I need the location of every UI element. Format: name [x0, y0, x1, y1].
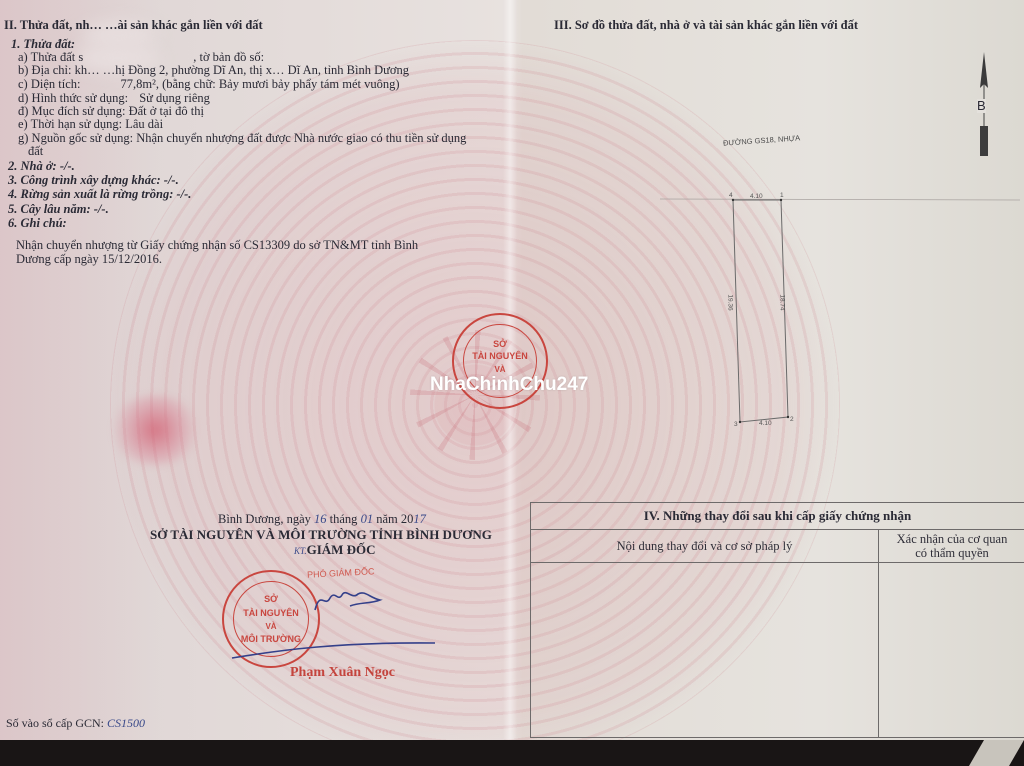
area-row: c) Diện tích:77,8m², (bằng chữ: Bảy mươi… [18, 77, 400, 91]
changes-col-content-header: Nội dung thay đổi và cơ sở pháp lý [531, 530, 879, 563]
perennial-item: 5. Cây lâu năm: -/-. [8, 202, 109, 216]
signature [220, 580, 440, 660]
origin-label: g) Nguồn gốc sử dụng: [18, 131, 133, 145]
note-line-1: Nhận chuyển nhượng từ Giấy chứng nhận số… [16, 238, 418, 252]
origin-value: Nhận chuyển nhượng đất được Nhà nước gia… [136, 131, 466, 145]
column-divider [878, 562, 879, 737]
registry-row: Số vào sổ cấp GCN: CS1500 [6, 716, 145, 730]
note-heading: 6. Ghi chú: [8, 216, 67, 230]
usage-term-value: Lâu dài [125, 117, 163, 131]
vertex-2-label: 2 [790, 416, 794, 423]
land-parcel-row: a) Thửa đất s, tờ bản đồ số: [18, 50, 264, 64]
section-iii-title: III. Sơ đồ thửa đất, nhà ở và tài sản kh… [554, 18, 858, 32]
origin-row: g) Nguồn gốc sử dụng: Nhận chuyển nhượng… [18, 131, 466, 145]
usage-form-row: d) Hình thức sử dụng: Sử dụng riêng [18, 91, 210, 105]
background-surface [0, 740, 1024, 766]
note-line-2: Dương cấp ngày 15/12/2016. [16, 252, 162, 266]
director-role: GIÁM ĐỐC [307, 542, 376, 557]
left-edge-length: 19.36 [727, 294, 734, 310]
vertex-4-label: 4 [729, 192, 733, 199]
address-label: b) Địa chỉ: [18, 63, 71, 77]
usage-purpose-label: đ) Mục đích sử dụng: [18, 104, 125, 118]
north-label: B [977, 99, 986, 113]
issuing-authority: SỞ TÀI NGUYÊN VÀ MÔI TRƯỜNG TỈNH BÌNH DƯ… [150, 528, 492, 542]
forest-item: 4. Rừng sản xuất là rừng trồng: -/-. [8, 187, 191, 201]
registry-label: Số vào sổ cấp GCN: [6, 716, 104, 730]
section-ii-title: II. Thửa đất, nh… …ài sản khác gắn liền … [4, 18, 263, 32]
usage-term-label: e) Thời hạn sử dụng: [18, 117, 122, 131]
usage-form-label: d) Hình thức sử dụng: [18, 91, 128, 105]
changes-col-confirmation-header: Xác nhận của cơ quan có thẩm quyền [879, 530, 1024, 563]
changes-table-title: IV. Những thay đổi sau khi cấp giấy chứn… [531, 503, 1024, 530]
usage-term-row: e) Thời hạn sử dụng: Lâu dài [18, 117, 163, 131]
signer-name: Phạm Xuân Ngọc [290, 665, 395, 681]
stamp-line-3: VÀ [454, 365, 546, 374]
stamp-line-1: SỞ [454, 339, 546, 349]
registry-value: CS1500 [107, 716, 145, 730]
bottom-edge-length: 4.10 [759, 420, 772, 427]
vertex-3-label: 3 [734, 421, 738, 428]
origin-value-cont: đất [28, 144, 43, 158]
director-title: KT.GIÁM ĐỐC [294, 543, 376, 558]
date-year-label: năm 20 [376, 512, 413, 526]
address-row: b) Địa chỉ: kh… …hị Đồng 2, phường Dĩ An… [18, 63, 409, 77]
usage-form-value: Sử dụng riêng [139, 91, 210, 105]
redaction-blot [110, 395, 200, 465]
confirmation-header-line-1: Xác nhận của cơ quan [897, 532, 1008, 546]
date-month: 01 [361, 512, 374, 526]
area-label: c) Diện tích: [18, 77, 80, 91]
map-sheet-label: , tờ bản đồ số: [193, 50, 264, 64]
kt-prefix: KT. [294, 546, 307, 556]
date-year: 17 [413, 512, 426, 526]
issue-date-line: Bình Dương, ngày 16 tháng 01 năm 2017 [218, 512, 426, 526]
usage-purpose-row: đ) Mục đích sử dụng: Đất ở tại đô thị [18, 104, 204, 118]
certificate-page: II. Thửa đất, nh… …ài sản khác gắn liền … [0, 0, 1024, 742]
right-edge-length: 18.74 [779, 294, 786, 310]
top-edge-length: 4.10 [750, 193, 763, 200]
land-plot-diagram [660, 180, 840, 440]
area-value: 77,8m², (bằng chữ: Bảy mươi bảy phẩy tám… [120, 77, 399, 91]
land-parcel-label: a) Thửa đất s [18, 50, 83, 64]
site-watermark: NhaChinhChu247 [430, 374, 588, 396]
land-heading: 1. Thửa đất: [11, 37, 75, 51]
date-day: 16 [314, 512, 327, 526]
date-month-label: tháng [330, 512, 358, 526]
stamp-line-2: TÀI NGUYÊN [454, 351, 546, 361]
other-construction-item: 3. Công trình xây dựng khác: -/-. [8, 173, 179, 187]
date-prefix: Bình Dương, ngày [218, 512, 311, 526]
confirmation-header-line-2: có thẩm quyền [897, 546, 1008, 560]
address-value: kh… …hị Đồng 2, phường Dĩ An, thị x… Dĩ … [75, 63, 409, 77]
road-label: ĐƯỜNG GS18, NHỰA [723, 133, 801, 147]
changes-table: IV. Những thay đổi sau khi cấp giấy chứn… [530, 502, 1024, 738]
usage-purpose-value: Đất ở tại đô thị [129, 104, 204, 118]
house-item: 2. Nhà ở: -/-. [8, 159, 75, 173]
vertex-1-label: 1 [780, 192, 784, 199]
